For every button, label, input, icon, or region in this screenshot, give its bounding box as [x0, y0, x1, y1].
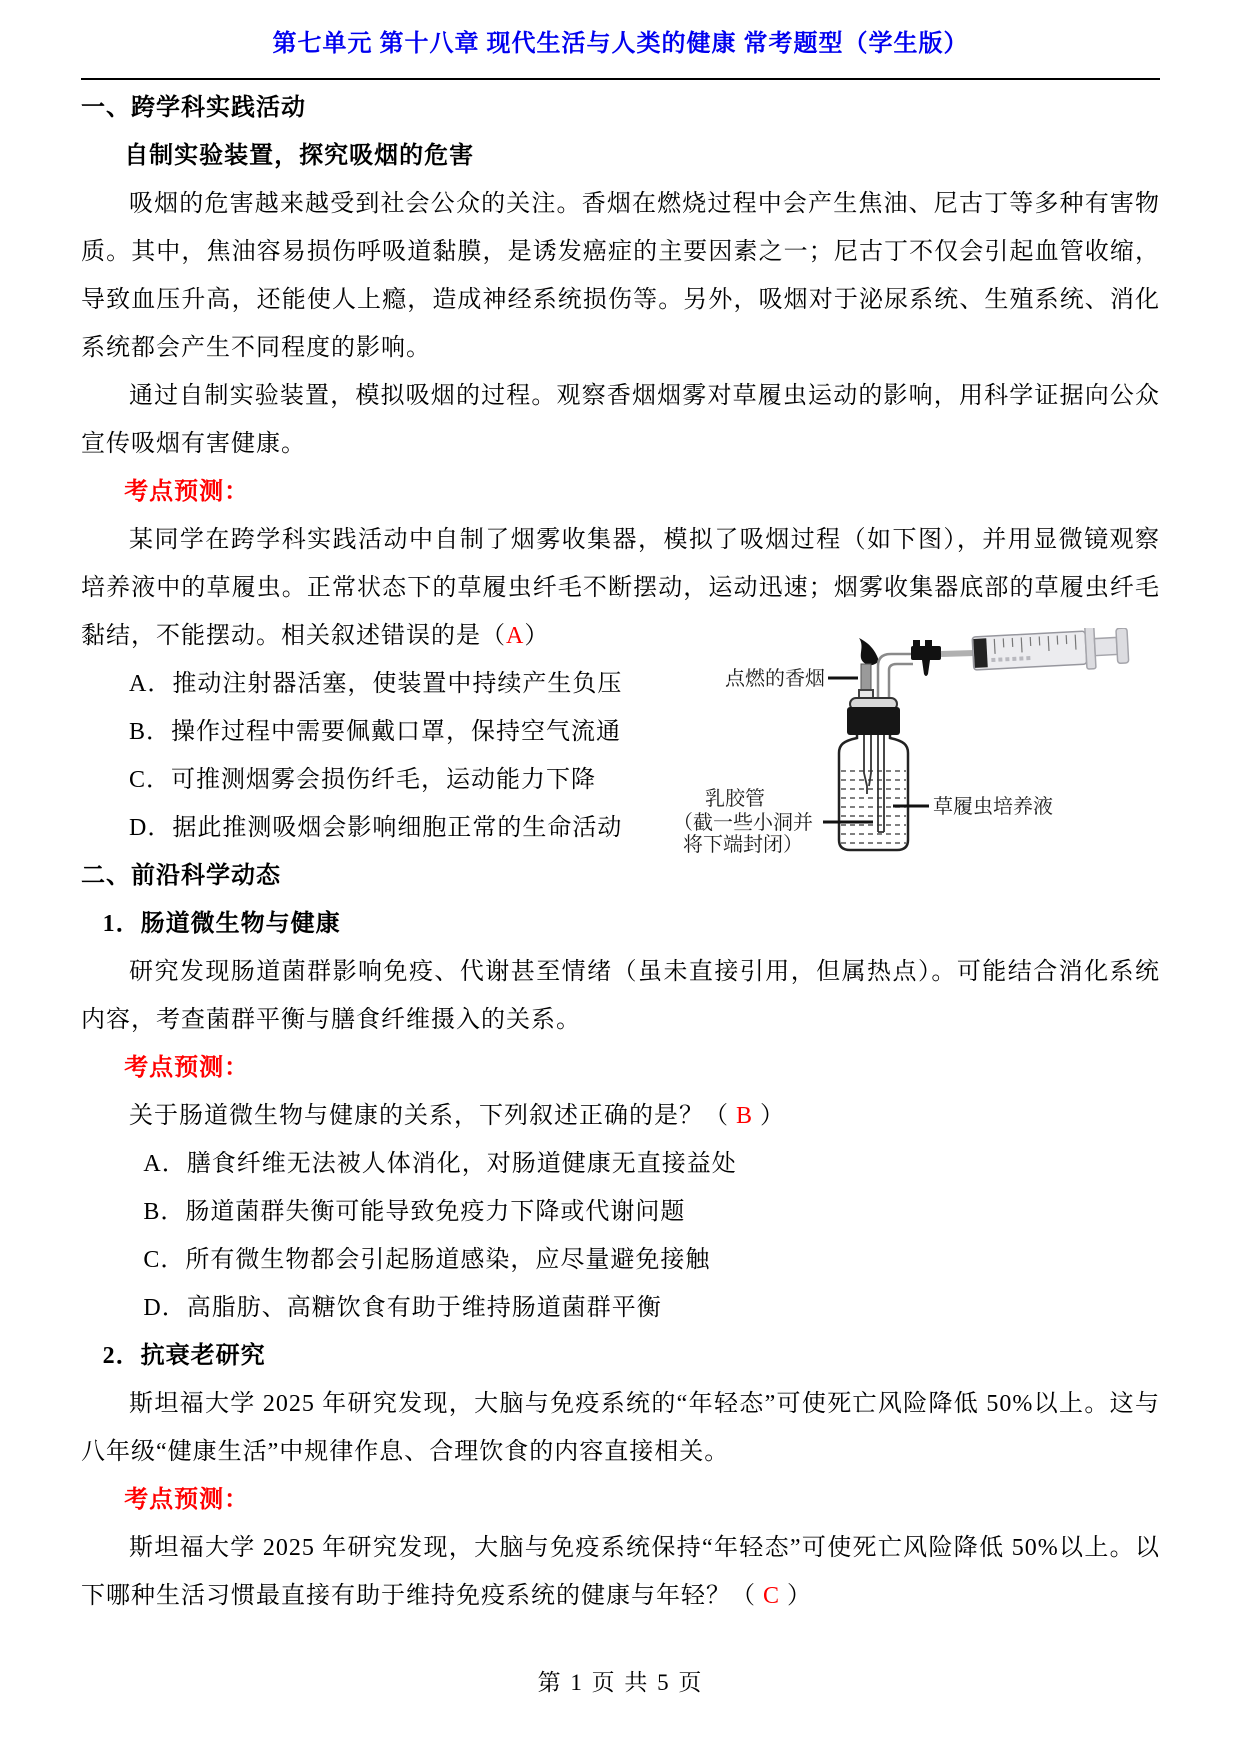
exam-prediction-label-1: 考点预测：: [81, 468, 1160, 516]
title-divider: [81, 78, 1160, 80]
option-c: C．所有微生物都会引起肠道感染，应尽量避免接触: [81, 1236, 1160, 1284]
smoke-icon: [859, 638, 879, 665]
section2-paragraph-2: 斯坦福大学 2025 年研究发现，大脑与免疫系统的“年轻态”可使死亡风险降低 5…: [81, 1380, 1160, 1476]
stopper: [847, 698, 900, 735]
section2-sub2: 2．抗衰老研究: [81, 1332, 1160, 1380]
section1-heading: 一、跨学科实践活动: [81, 84, 1160, 132]
question-3-stem: 斯坦福大学 2025 年研究发现，大脑与免疫系统保持“年轻态”可使死亡风险降低 …: [81, 1524, 1160, 1620]
question-1-block: 某同学在跨学科实践活动中自制了烟雾收集器，模拟了吸烟过程（如下图），并用显微镜观…: [81, 516, 1160, 852]
section2-paragraph-1: 研究发现肠道菌群影响免疫、代谢甚至情绪（虽未直接引用，但属热点）。可能结合消化系…: [81, 948, 1160, 1044]
question-1-stem-close: ）: [524, 623, 549, 649]
syringe: [972, 628, 1129, 675]
bent-tube: [878, 654, 913, 704]
option-d: D．高脂肪、高糖饮食有助于维持肠道菌群平衡: [81, 1284, 1160, 1332]
question-2-stem-text: 关于肠道微生物与健康的关系，下列叙述正确的是？（: [129, 1103, 736, 1129]
figure-label-latex-3: 将下端封闭）: [683, 833, 803, 856]
section1-subheading: 自制实验装置，探究吸烟的危害: [81, 132, 1160, 180]
option-b: B．肠道菌群失衡可能导致免疫力下降或代谢问题: [81, 1188, 1160, 1236]
connector-tube: [941, 653, 975, 654]
section1-paragraph-2: 通过自制实验装置，模拟吸烟的过程。观察香烟烟雾对草履虫运动的影响，用科学证据向公…: [81, 372, 1160, 468]
figure-label-latex-1: 乳胶管: [705, 787, 765, 810]
smoke-collector-figure: 点燃的香烟: [673, 628, 1139, 862]
clamp-icon: [911, 640, 941, 676]
question-2-stem-close: ）: [753, 1103, 785, 1129]
document-page: 第七单元 第十八章 现代生活与人类的健康 常考题型（学生版） 一、跨学科实践活动…: [0, 0, 1241, 1754]
page-footer: 第 1 页 共 5 页: [0, 1664, 1241, 1697]
question-3-answer: C: [763, 1583, 780, 1609]
option-a: A．膳食纤维无法被人体消化，对肠道健康无直接益处: [81, 1140, 1160, 1188]
bottle: [839, 735, 908, 850]
question-2-stem: 关于肠道微生物与健康的关系，下列叙述正确的是？（ B ）: [81, 1092, 1160, 1140]
figure-label-cigarette: 点燃的香烟: [725, 667, 825, 690]
exam-prediction-label-3: 考点预测：: [81, 1476, 1160, 1524]
question-3-stem-close: ）: [780, 1583, 812, 1609]
exam-prediction-label-2: 考点预测：: [81, 1044, 1160, 1092]
question-1-answer: A: [506, 623, 524, 649]
figure-label-culture: 草履虫培养液: [933, 795, 1053, 818]
question-2-options: A．膳食纤维无法被人体消化，对肠道健康无直接益处 B．肠道菌群失衡可能导致免疫力…: [81, 1140, 1160, 1332]
page-title: 第七单元 第十八章 现代生活与人类的健康 常考题型（学生版）: [81, 26, 1160, 62]
section2-sub1: 1．肠道微生物与健康: [81, 900, 1160, 948]
question-3-stem-text: 斯坦福大学 2025 年研究发现，大脑与免疫系统保持“年轻态”可使死亡风险降低 …: [81, 1535, 1160, 1609]
section1-paragraph-1: 吸烟的危害越来越受到社会公众的关注。香烟在燃烧过程中会产生焦油、尼古丁等多种有害…: [81, 180, 1160, 372]
question-2-answer: B: [736, 1103, 753, 1129]
figure-label-latex-2: （截一些小洞并: [673, 811, 813, 834]
